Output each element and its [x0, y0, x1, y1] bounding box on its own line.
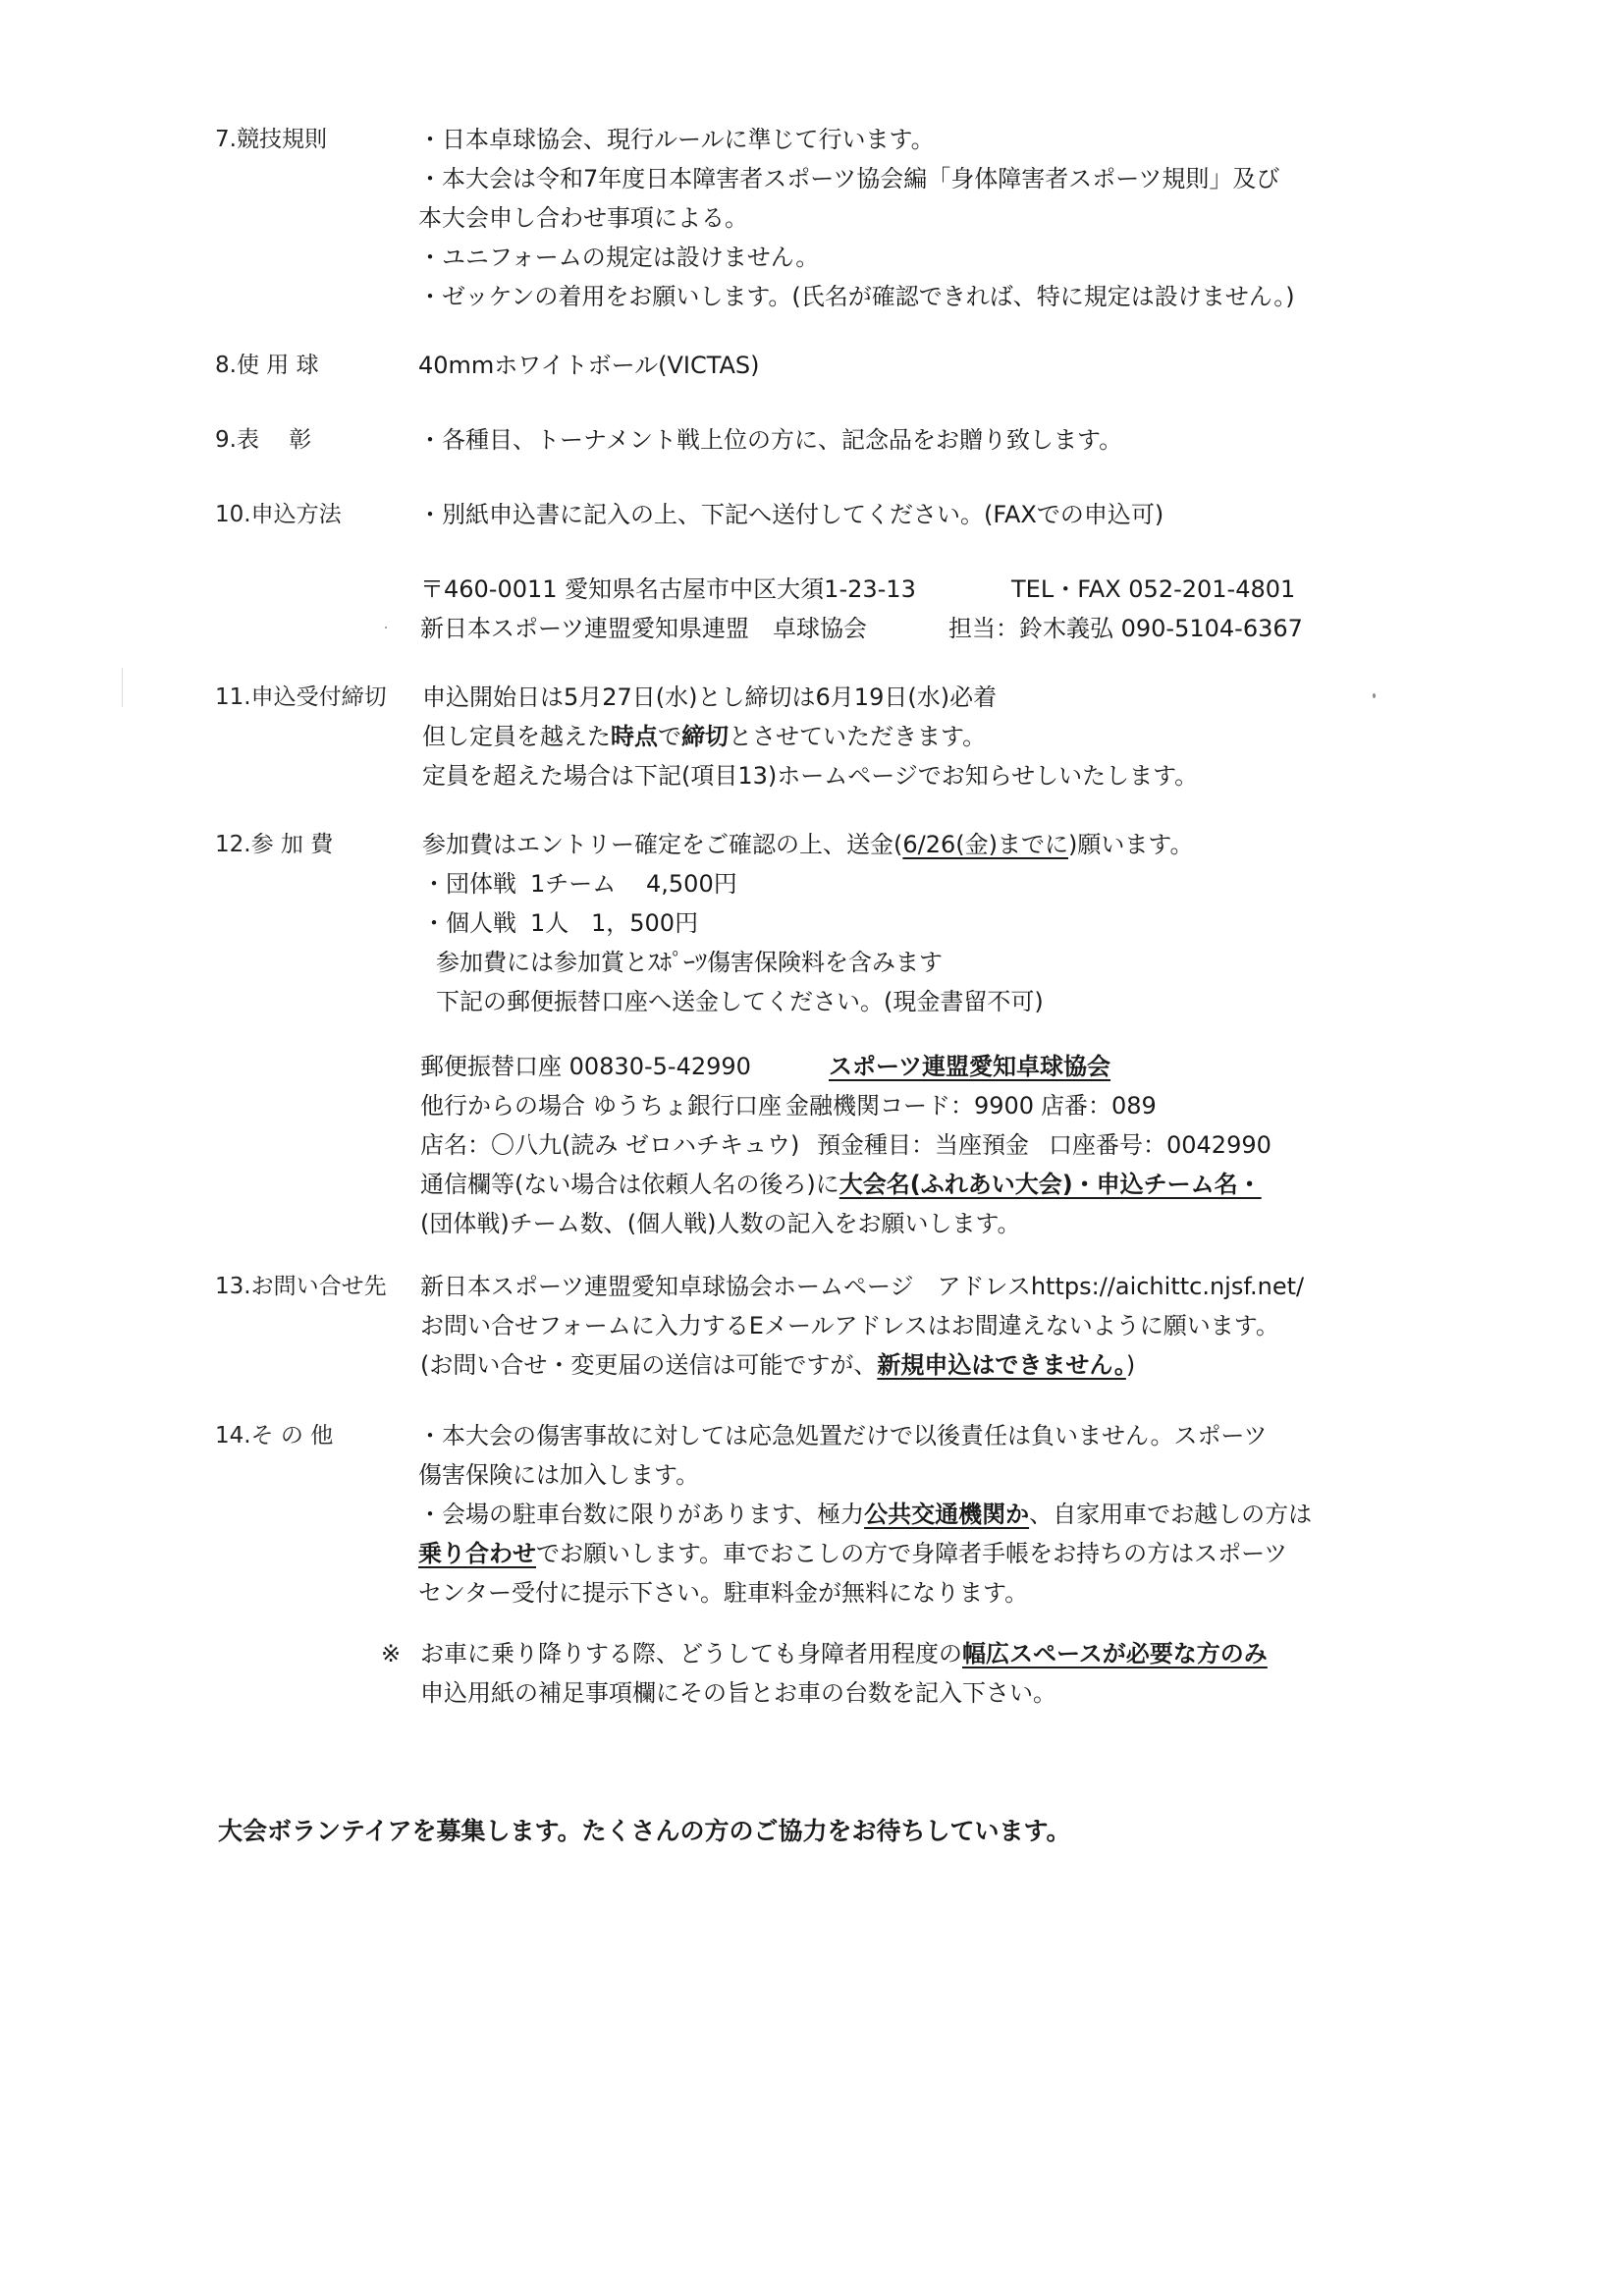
- section-body: ・別紙申込書に記入の上、下記へ送付してください。(FAXでの申込可): [418, 495, 1163, 534]
- text-line: 下記の郵便振替口座へ送金してください。(現金書留不可): [422, 982, 1193, 1021]
- section-body: 新日本スポーツ連盟愛知卓球協会ホームページ アドレスhttps://aichit…: [420, 1267, 1304, 1385]
- section-label: 8.使 用 球: [215, 346, 319, 385]
- text-line: ・会場の駐車台数に限りがあります、極力公共交通機関か、自家用車でお越しの方は: [418, 1495, 1312, 1534]
- account-holder: スポーツ連盟愛知卓球協会: [829, 1053, 1110, 1080]
- section-body: 参加費はエントリー確定をご確認の上、送金(6/26(金)までに)願います。 ・団…: [422, 825, 1193, 1021]
- section-label: 10.申込方法: [215, 495, 342, 534]
- section-body: ・本大会の傷害事故に対しては応急処置だけで以後責任は負いません。スポーツ 傷害保…: [418, 1416, 1312, 1613]
- text-line: 定員を超えた場合は下記(項目13)ホームページでお知らせしいたします。: [422, 756, 1198, 795]
- memo-required-fields: 大会名(ふれあい大会)・申込チーム名・: [839, 1171, 1262, 1198]
- address-block: 〒460-0011 愛知県名古屋市中区大須1-23-13TEL・FAX 052-…: [420, 570, 1303, 648]
- text-line: 申込開始日は5月27日(水)とし締切は6月19日(水)必着: [422, 678, 1198, 717]
- text-line: 本大会申し合わせ事項による。: [418, 198, 1295, 238]
- postal-address: 〒460-0011 愛知県名古屋市中区大須1-23-13: [420, 570, 1011, 609]
- text-line: ・本大会は令和7年度日本障害者スポーツ協会編「身体障害者スポーツ規則」及び: [418, 159, 1295, 198]
- section-label: 12.参 加 費: [215, 825, 333, 864]
- section-label: 7.競技規則: [215, 120, 327, 159]
- contact-person: 担当：鈴木義弘 090-5104-6367: [948, 615, 1303, 642]
- text-line: 但し定員を越えた時点で締切とさせていただきます。: [422, 717, 1198, 756]
- tel-fax: TEL・FAX 052-201-4801: [1011, 575, 1295, 603]
- text-line: ・ゼッケンの着用をお願いします。(氏名が確認できれば、特に規定は設けません。): [418, 277, 1295, 316]
- scan-artifact: [122, 668, 123, 707]
- volunteer-call: 大会ボランテイアを募集します。たくさんの方のご協力をお待ちしています。: [218, 1812, 1071, 1851]
- section-label: 14.そ の 他: [215, 1416, 333, 1455]
- document-page: 7.競技規則 ・日本卓球協会、現行ルールに準じて行います。 ・本大会は令和7年度…: [0, 0, 1623, 2296]
- organization-name: 新日本スポーツ連盟愛知県連盟 卓球協会: [420, 609, 948, 648]
- bank-info: 郵便振替口座 00830-5-42990スポーツ連盟愛知卓球協会 他行からの場合…: [420, 1047, 1271, 1243]
- scan-speck: [385, 627, 387, 629]
- text-line: 乗り合わせでお願いします。車でおこしの方で身障者手帳をお持ちの方はスポーツ: [418, 1534, 1312, 1573]
- text-line: お問い合せフォームに入力するEメールアドレスはお間違えないように願います。: [420, 1306, 1304, 1345]
- text-line: 参加費には参加賞とｽﾎﾟｰﾂ傷害保険料を含みます: [422, 943, 1193, 982]
- text-line: ・別紙申込書に記入の上、下記へ送付してください。(FAXでの申込可): [418, 495, 1163, 534]
- homepage-line: 新日本スポーツ連盟愛知卓球協会ホームページ アドレスhttps://aichit…: [420, 1267, 1304, 1306]
- postal-account: 郵便振替口座 00830-5-42990: [420, 1047, 829, 1086]
- parking-note: ※お車に乗り降りする際、どうしても身障者用程度の幅広スペースが必要な方のみ 申込…: [381, 1634, 1268, 1713]
- section-label: 9.表 彰: [215, 420, 311, 460]
- text-line: (団体戦)チーム数、(個人戦)人数の記入をお願いします。: [420, 1204, 1271, 1243]
- section-body: ・各種目、トーナメント戦上位の方に、記念品をお贈り致します。: [418, 420, 1122, 460]
- text-line: 傷害保険には加入します。: [418, 1455, 1312, 1495]
- text-line: 40mmホワイトボール(VICTAS): [418, 346, 760, 385]
- section-label: 13.お問い合せ先: [215, 1267, 387, 1306]
- text-line: センター受付に提示下さい。駐車料金が無料になります。: [418, 1573, 1312, 1613]
- reference-mark-icon: ※: [381, 1634, 420, 1673]
- text-line: ・本大会の傷害事故に対しては応急処置だけで以後責任は負いません。スポーツ: [418, 1416, 1312, 1455]
- text-line: 参加費はエントリー確定をご確認の上、送金(6/26(金)までに)願います。: [422, 825, 1193, 864]
- section-body: ・日本卓球協会、現行ルールに準じて行います。 ・本大会は令和7年度日本障害者スポ…: [418, 120, 1295, 316]
- fee-row: ・団体戦1チーム4,500円: [422, 864, 1193, 903]
- section-label: 11.申込受付締切: [215, 678, 387, 717]
- section-body: 40mmホワイトボール(VICTAS): [418, 346, 760, 385]
- text-line: ・日本卓球協会、現行ルールに準じて行います。: [418, 120, 1295, 159]
- text-line: (お問い合せ・変更届の送信は可能ですが、新規申込はできません。): [420, 1345, 1304, 1385]
- payment-deadline: 6/26(金)までに: [902, 831, 1068, 858]
- text-line: ・ユニフォームの規定は設けません。: [418, 238, 1295, 277]
- fee-row: ・個人戦1人1，500円: [422, 903, 1193, 943]
- text-line: ・各種目、トーナメント戦上位の方に、記念品をお贈り致します。: [418, 420, 1122, 460]
- section-body: 申込開始日は5月27日(水)とし締切は6月19日(水)必着 但し定員を越えた時点…: [422, 678, 1198, 795]
- scan-speck: [1373, 693, 1376, 698]
